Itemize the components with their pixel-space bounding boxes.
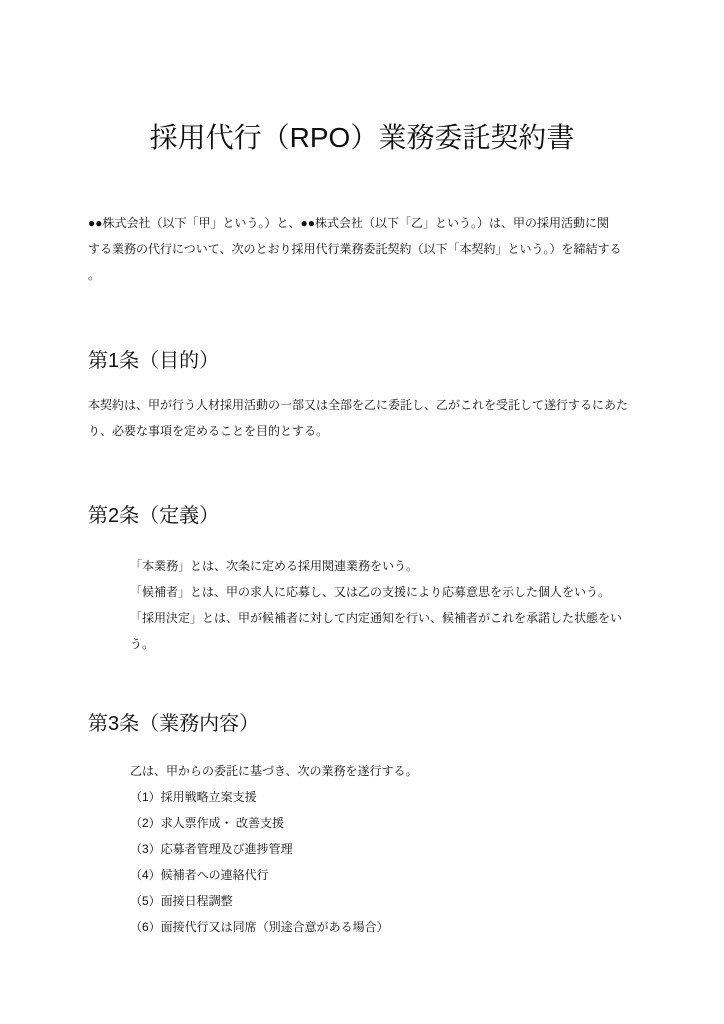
intro-line-1: ●●株式会社（以下「甲」という。）と、●●株式会社（以下「乙」という。）は、甲の… [88, 210, 636, 236]
article-2-definition-3-cont: う。 [130, 631, 636, 657]
article-3-task-6: （6）面接代行又は同席（別途合意がある場合） [130, 914, 636, 940]
article-3-body: 乙は、甲からの委託に基づき、次の業務を遂行する。 （1）採用戦略立案支援 （2）… [130, 758, 636, 940]
intro-line-3: 。 [88, 262, 636, 288]
article-1-heading: 第1条（目的） [88, 346, 636, 376]
contract-document-page: 採用代行（RPO）業務委託契約書 ●●株式会社（以下「甲」という。）と、●●株式… [0, 0, 724, 1024]
section-article-1: 第1条（目的） 本契約は、甲が行う人材採用活動の一部又は全部を乙に委託し、乙がこ… [88, 346, 636, 444]
article-3-task-4: （4）候補者への連絡代行 [130, 862, 636, 888]
article-1-line-2: り、必要な事項を定めることを目的とする。 [88, 418, 636, 444]
article-3-heading: 第3条（業務内容） [88, 709, 636, 739]
article-3-task-5: （5）面接日程調整 [130, 888, 636, 914]
article-2-heading: 第2条（定義） [88, 501, 636, 531]
article-2-definition-3: 「採用決定」とは、甲が候補者に対して内定通知を行い、候補者がこれを承諾した状態を… [130, 605, 636, 631]
document-title: 採用代行（RPO）業務委託契約書 [88, 118, 636, 158]
intro-line-2: する業務の代行について、次のとおり採用代行業務委託契約（以下「本契約」という。）… [88, 236, 636, 262]
article-1-body: 本契約は、甲が行う人材採用活動の一部又は全部を乙に委託し、乙がこれを受託して遂行… [88, 392, 636, 444]
article-2-body: 「本業務」とは、次条に定める採用関連業務をいう。 「候補者」とは、甲の求人に応募… [130, 553, 636, 657]
article-1-line-1: 本契約は、甲が行う人材採用活動の一部又は全部を乙に委託し、乙がこれを受託して遂行… [88, 392, 636, 418]
article-2-definition-1: 「本業務」とは、次条に定める採用関連業務をいう。 [130, 553, 636, 579]
article-2-definition-2: 「候補者」とは、甲の求人に応募し、又は乙の支援により応募意思を示した個人をいう。 [130, 579, 636, 605]
article-3-task-3: （3）応募者管理及び進捗管理 [130, 836, 636, 862]
article-3-task-2: （2）求人票作成・ 改善支援 [130, 810, 636, 836]
article-3-task-1: （1）採用戦略立案支援 [130, 784, 636, 810]
section-article-3: 第3条（業務内容） 乙は、甲からの委託に基づき、次の業務を遂行する。 （1）採用… [88, 709, 636, 940]
section-article-2: 第2条（定義） 「本業務」とは、次条に定める採用関連業務をいう。 「候補者」とは… [88, 501, 636, 657]
article-3-lead-line: 乙は、甲からの委託に基づき、次の業務を遂行する。 [130, 758, 636, 784]
intro-paragraph: ●●株式会社（以下「甲」という。）と、●●株式会社（以下「乙」という。）は、甲の… [88, 210, 636, 288]
